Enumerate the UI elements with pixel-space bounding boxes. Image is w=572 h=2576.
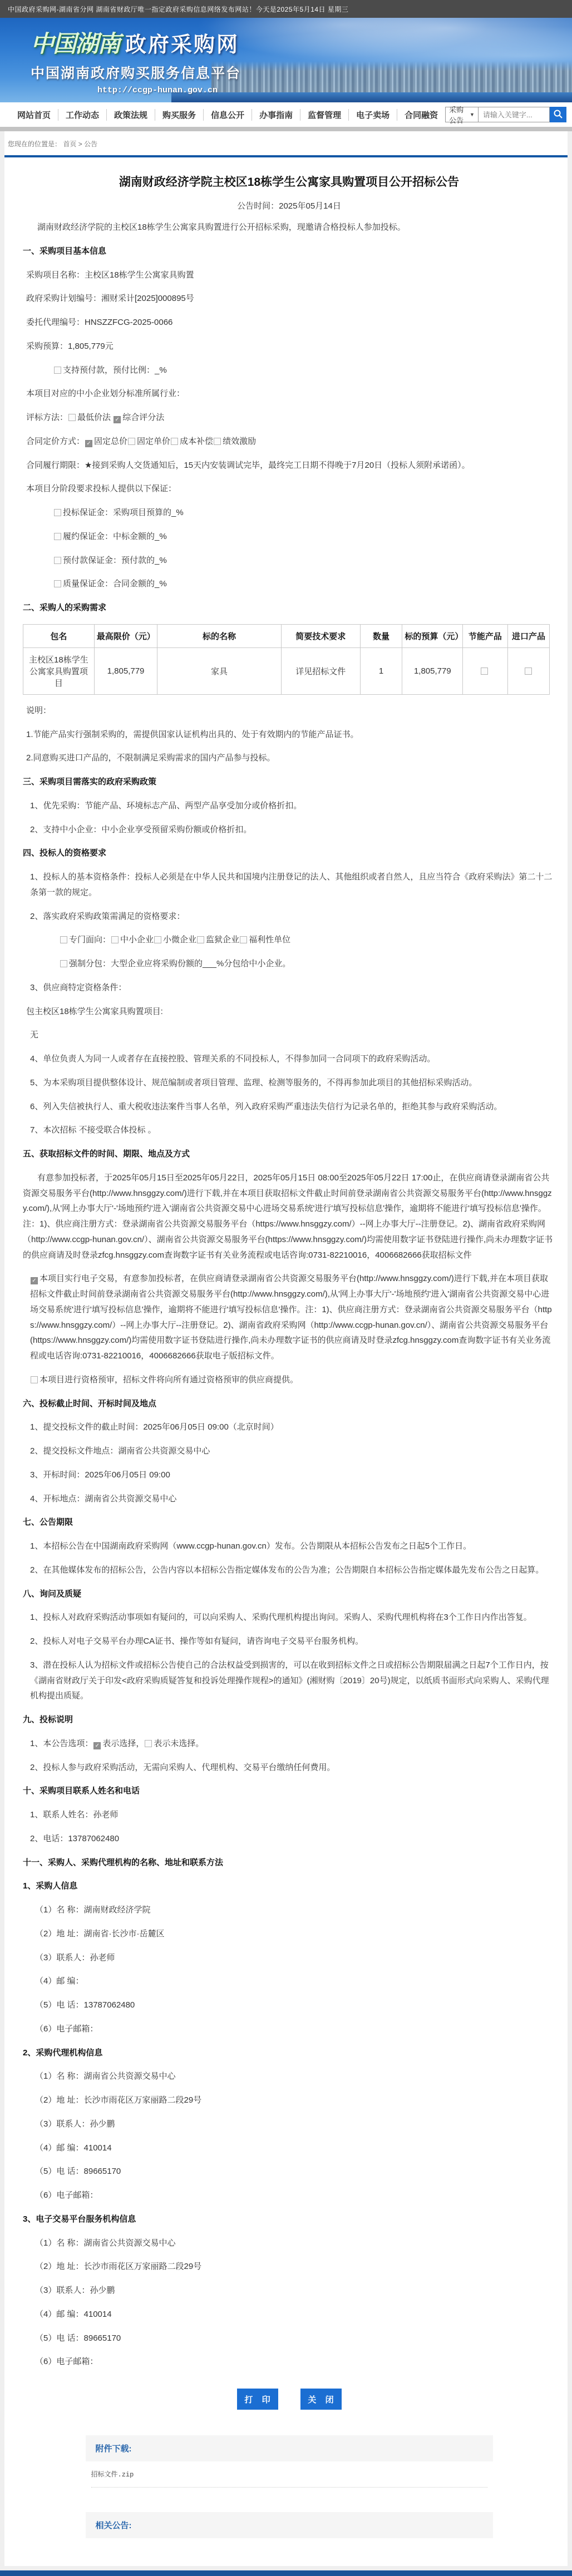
paragraph: （5）电 话：89665170 [23, 2164, 555, 2179]
content-container: 您现在的位置是： 首页 > 公告 湖南财政经济学院主校区18栋学生公寓家具购置项… [4, 131, 568, 2566]
paragraph: 包主校区18栋学生公寓家具购置项目: [23, 1004, 555, 1020]
section-heading: 八、询问及质疑 [23, 1586, 555, 1602]
section-heading: 3、电子交易平台服务机构信息 [23, 2212, 555, 2227]
paragraph: 1、本公告选项：✓表示选择，表示未选择。 [23, 1736, 555, 1752]
footer-bar [0, 2570, 572, 2576]
paragraph: 4、开标地点：湖南省公共资源交易中心 [23, 1491, 555, 1507]
checkbox-unchecked [60, 960, 67, 967]
paragraph: 说明： [23, 703, 555, 719]
site-banner: 中国湖南 政府采购网 中国湖南政府购买服务信息平台 http://ccgp-hu… [0, 18, 572, 102]
divider [91, 2487, 487, 2488]
nav-item-6[interactable]: 办事指南 [252, 109, 300, 121]
section-heading: 十一、采购人、采购代理机构的名称、地址和联系方法 [23, 1855, 555, 1871]
paragraph: 评标方法：最低价法 ✓综合评分法 [23, 410, 555, 426]
search-button[interactable] [550, 107, 566, 122]
checkbox-unchecked [68, 414, 76, 421]
section-heading: 十、采购项目联系人姓名和电话 [23, 1783, 555, 1799]
table-header: 包名 [23, 624, 95, 647]
related-announcements-box: 相关公告: [86, 2512, 493, 2538]
paragraph: 预付款保证金：预付款的_% [23, 553, 555, 568]
checkbox-checked: ✓ [31, 1277, 38, 1284]
checkbox-unchecked [240, 936, 247, 943]
section-heading: 九、投标说明 [23, 1712, 555, 1728]
paragraph: 湖南财政经济学院的主校区18栋学生公寓家具购置进行公开招标采购，现邀请合格投标人… [23, 220, 555, 235]
checkbox-unchecked [54, 580, 61, 587]
checkbox-unchecked [145, 1740, 152, 1747]
paragraph: 7、本次招标 不接受联合体投标 。 [23, 1123, 555, 1138]
divider [0, 127, 572, 131]
search-category-value: 采购公告 [449, 104, 466, 125]
nav-item-7[interactable]: 监督管理 [300, 109, 348, 121]
announcement-panel: 湖南财政经济学院主校区18栋学生公寓家具购置项目公开招标公告 公告时间：2025… [4, 155, 568, 2552]
paragraph: 2、投标人参与政府采购活动，无需向采购人、代理机构、交易平台缴纳任何费用。 [23, 1760, 555, 1776]
site-subtitle: 中国湖南政府购买服务信息平台 [31, 62, 572, 82]
checkbox-unchecked [54, 557, 61, 564]
site-title: 政府采购网 [125, 27, 239, 58]
checkbox-checked: ✓ [93, 1742, 101, 1749]
paragraph: 5、为本采购项目提供整体设计、规范编制或者项目管理、监理、检测等服务的，不得再参… [23, 1075, 555, 1091]
action-buttons: 打 印 关 闭 [23, 2389, 555, 2410]
nav-item-4[interactable]: 购买服务 [155, 109, 203, 121]
attachments-title: 附件下载: [86, 2435, 493, 2461]
paragraph: 3、供应商特定资格条件： [23, 980, 555, 996]
section-heading: 一、采购项目基本信息 [23, 244, 555, 259]
paragraph: 本项目进行资格预审，招标文件将向所有通过资格预审的供应商提供。 [23, 1372, 555, 1388]
paragraph: 投标保证金：采购项目预算的_% [23, 505, 555, 521]
table-cell [507, 647, 550, 694]
table-header: 节能产品 [463, 624, 507, 647]
paragraph: 质量保证金：合同金额的_% [23, 576, 555, 592]
table-cell: 详见招标文件 [281, 647, 360, 694]
checkbox-unchecked [525, 668, 532, 675]
table-cell: 主校区18栋学生公寓家具购置项目 [23, 647, 95, 694]
paragraph: 1.节能产品实行强制采购的，需提供国家认证机构出具的、处于有效期内的节能产品证书… [23, 727, 555, 743]
topbar: 中国政府采购网-湖南省分网 湖南省财政厅唯一指定政府采购信息网络发布网站！今天是… [0, 0, 572, 18]
paragraph: （4）邮 编：410014 [23, 2307, 555, 2322]
checkbox-unchecked [54, 367, 61, 374]
paragraph: 2、支持中小企业：中小企业享受预留采购份额或价格折扣。 [23, 822, 555, 838]
paragraph: （4）邮 编： [23, 1974, 555, 1989]
paragraph: （1）名 称：湖南省公共资源交易中心 [23, 2236, 555, 2251]
table-cell [463, 647, 507, 694]
table-cell: 1,805,779 [402, 647, 463, 694]
paragraph: 1、联系人姓名：孙老师 [23, 1807, 555, 1823]
checkbox-unchecked [214, 438, 221, 445]
search-icon [553, 109, 563, 121]
checkbox-unchecked [154, 936, 161, 943]
checkbox-unchecked [54, 509, 61, 516]
main-nav: 网站首页工作动态政策法规购买服务信息公开办事指南监督管理电子卖场合同融资 采购公… [0, 102, 572, 127]
section-heading: 2、采购代理机构信息 [23, 2045, 555, 2061]
checkbox-checked: ✓ [114, 416, 121, 423]
search-category-select[interactable]: 采购公告 ▼ [445, 107, 479, 122]
page-title: 湖南财政经济学院主校区18栋学生公寓家具购置项目公开招标公告 [23, 173, 555, 190]
paragraph: 专门面向：中小企业小微企业监狱企业福利性单位 [23, 932, 555, 948]
publish-time: 公告时间：2025年05月14日 [23, 200, 555, 211]
nav-item-1[interactable]: 网站首页 [10, 109, 58, 121]
paragraph: 采购项目名称：主校区18栋学生公寓家具购置 [23, 268, 555, 283]
paragraph: 采购预算：1,805,779元 [23, 339, 555, 354]
related-announcements-title: 相关公告: [86, 2512, 493, 2538]
section-heading: 1、采购人信息 [23, 1878, 555, 1894]
paragraph: 3、潜在投标人认为招标文件或招标公告使自己的合法权益受到损害的，可以在收到招标文… [23, 1658, 555, 1704]
nav-item-3[interactable]: 政策法规 [106, 109, 155, 121]
section-heading: 三、采购项目需落实的政府采购政策 [23, 774, 555, 790]
paragraph: 2、电话：13787062480 [23, 1831, 555, 1847]
paragraph: 2、在其他媒体发布的招标公告，公告内容以本招标公告指定媒体发布的公告为准；公告期… [23, 1563, 555, 1578]
paragraph: （2）地 址：长沙市雨花区万家丽路二段29号 [23, 2093, 555, 2108]
paragraph: 委托代理编号：HNSZZFCG-2025-0066 [23, 315, 555, 330]
close-button[interactable]: 关 闭 [300, 2389, 342, 2410]
paragraph: （5）电 话：13787062480 [23, 1997, 555, 2013]
search-input[interactable] [479, 107, 550, 122]
checkbox-unchecked [54, 533, 61, 540]
paragraph: 2、提交投标文件地点：湖南省公共资源交易中心 [23, 1443, 555, 1459]
checkbox-unchecked [481, 668, 488, 675]
breadcrumb-home-link[interactable]: 首页 [63, 140, 76, 148]
topbar-text: 中国政府采购网-湖南省分网 湖南省财政厅唯一指定政府采购信息网络发布网站！今天是… [8, 4, 348, 14]
paragraph: 政府采购计划编号：湘财采计[2025]000895号 [23, 291, 555, 306]
paragraph: 支持预付款，预付比例：_% [23, 363, 555, 378]
announcement-body: 湖南财政经济学院的主校区18栋学生公寓家具购置进行公开招标采购，现邀请合格投标人… [23, 220, 555, 2370]
procurement-requirements-table: 包名最高限价（元）标的名称简要技术要求数量标的预算（元）节能产品进口产品主校区1… [23, 624, 550, 695]
paragraph: （5）电 话：89665170 [23, 2331, 555, 2346]
section-heading: 七、公告期限 [23, 1515, 555, 1530]
paragraph: （1）名 称：湖南财政经济学院 [23, 1902, 555, 1918]
paragraph: 合同履行期限：★接到采购人交货通知后，15天内安装调试完毕，最终完工日期不得晚于… [23, 458, 555, 473]
paragraph: （6）电子邮箱： [23, 2188, 555, 2203]
breadcrumb-announcements-link[interactable]: 公告 [84, 140, 97, 148]
table-header: 数量 [360, 624, 402, 647]
checkbox-unchecked [171, 438, 178, 445]
paragraph: （6）电子邮箱： [23, 2354, 555, 2370]
paragraph: （2）地 址：湖南省·长沙市·岳麓区 [23, 1926, 555, 1942]
paragraph: 1、本招标公告在中国湖南政府采购网（www.ccgp-hunan.gov.cn）… [23, 1539, 555, 1554]
search-box: 采购公告 ▼ [445, 107, 566, 122]
breadcrumb: 您现在的位置是： 首页 > 公告 [4, 131, 568, 155]
table-header: 简要技术要求 [281, 624, 360, 647]
checkbox-checked: ✓ [85, 440, 92, 447]
paragraph: 本项目对应的中小企业划分标准所属行业： [23, 386, 555, 402]
paragraph: 履约保证金：中标金额的_% [23, 529, 555, 545]
breadcrumb-prefix: 您现在的位置是： [8, 140, 61, 148]
paragraph: 有意参加投标者，于2025年05月15日至2025年05月22日，2025年05… [23, 1170, 555, 1263]
site-logo: 中国湖南 [31, 26, 120, 59]
checkbox-unchecked [31, 1376, 38, 1383]
paragraph: （4）邮 编：410014 [23, 2140, 555, 2156]
paragraph: 3、开标时间：2025年06月05日 09:00 [23, 1467, 555, 1483]
table-header: 进口产品 [507, 624, 550, 647]
chevron-down-icon: ▼ [470, 112, 475, 117]
paragraph: 强制分包：大型企业应将采购份额的___%分包给中小企业。 [23, 956, 555, 972]
paragraph: 2、投标人对电子交易平台办理CA证书、操作等如有疑问，请咨询电子交易平台服务机构… [23, 1634, 555, 1649]
paragraph: 4、单位负责人为同一人或者存在直接控股、管理关系的不同投标人，不得参加同一合同项… [23, 1051, 555, 1067]
paragraph: （2）地 址：长沙市雨花区万家丽路二段29号 [23, 2259, 555, 2275]
nav-item-5[interactable]: 信息公开 [203, 109, 252, 121]
paragraph: （3）联系人：孙少鹏 [23, 2283, 555, 2298]
section-heading: 二、采购人的采购需求 [23, 600, 555, 616]
checkbox-unchecked [197, 936, 204, 943]
table-cell: 家具 [157, 647, 281, 694]
paragraph: 1、投标人的基本资格条件：投标人必须是在中华人民共和国境内注册登记的法人、其他组… [23, 869, 555, 901]
paragraph: 1、投标人对政府采购活动事项如有疑问的，可以向采购人、采购代理机构提出询问。采购… [23, 1610, 555, 1625]
table-header: 标的预算（元） [402, 624, 463, 647]
nav-item-8[interactable]: 电子卖场 [348, 109, 397, 121]
paragraph: ✓本项目实行电子交易，有意参加投标者，在供应商请登录湖南省公共资源交易服务平台(… [23, 1271, 555, 1364]
paragraph: 本项目分阶段要求投标人提供以下保证： [23, 481, 555, 497]
table-header: 标的名称 [157, 624, 281, 647]
breadcrumb-separator: > [78, 140, 84, 148]
table-header: 最高限价（元） [94, 624, 157, 647]
table-cell: 1,805,779 [94, 647, 157, 694]
paragraph: （6）电子邮箱： [23, 2021, 555, 2037]
table-row: 主校区18栋学生公寓家具购置项目1,805,779家具详见招标文件11,805,… [23, 647, 550, 694]
table-cell: 1 [360, 647, 402, 694]
paragraph: 6、列入失信被执行人、重大税收违法案件当事人名单，列入政府采购严重违法失信行为记… [23, 1099, 555, 1115]
paragraph: 1、优先采购：节能产品、环境标志产品、两型产品享受加分或价格折扣。 [23, 798, 555, 814]
paragraph: （1）名 称：湖南省公共资源交易中心 [23, 2069, 555, 2084]
checkbox-unchecked [60, 936, 67, 943]
paragraph: 无 [23, 1027, 555, 1043]
checkbox-unchecked [128, 438, 135, 445]
paragraph: 2.同意购买进口产品的，不限制满足采购需求的国内产品参与投标。 [23, 750, 555, 766]
section-heading: 五、获取招标文件的时间、期限、地点及方式 [23, 1146, 555, 1162]
attachment-link[interactable]: 招标文件.zip [91, 2471, 134, 2479]
print-button[interactable]: 打 印 [237, 2389, 278, 2410]
paragraph: 1、提交投标文件的截止时间：2025年06月05日 09:00（北京时间） [23, 1420, 555, 1435]
checkbox-unchecked [111, 936, 119, 943]
divider [0, 2566, 572, 2570]
paragraph: 2、落实政府采购政策需满足的资格要求： [23, 909, 555, 924]
section-heading: 六、投标截止时间、开标时间及地点 [23, 1396, 555, 1412]
attachments-box: 附件下载: 招标文件.zip [86, 2435, 493, 2493]
nav-item-9[interactable]: 合同融资 [397, 109, 445, 121]
paragraph: （3）联系人：孙老师 [23, 1950, 555, 1966]
paragraph: （3）联系人：孙少鹏 [23, 2117, 555, 2132]
site-url: http://ccgp-hunan.gov.cn [97, 86, 572, 95]
nav-item-2[interactable]: 工作动态 [58, 109, 106, 121]
section-heading: 四、投标人的资格要求 [23, 846, 555, 861]
paragraph: 合同定价方式：✓固定总价固定单价成本补偿绩效激励 [23, 434, 555, 449]
